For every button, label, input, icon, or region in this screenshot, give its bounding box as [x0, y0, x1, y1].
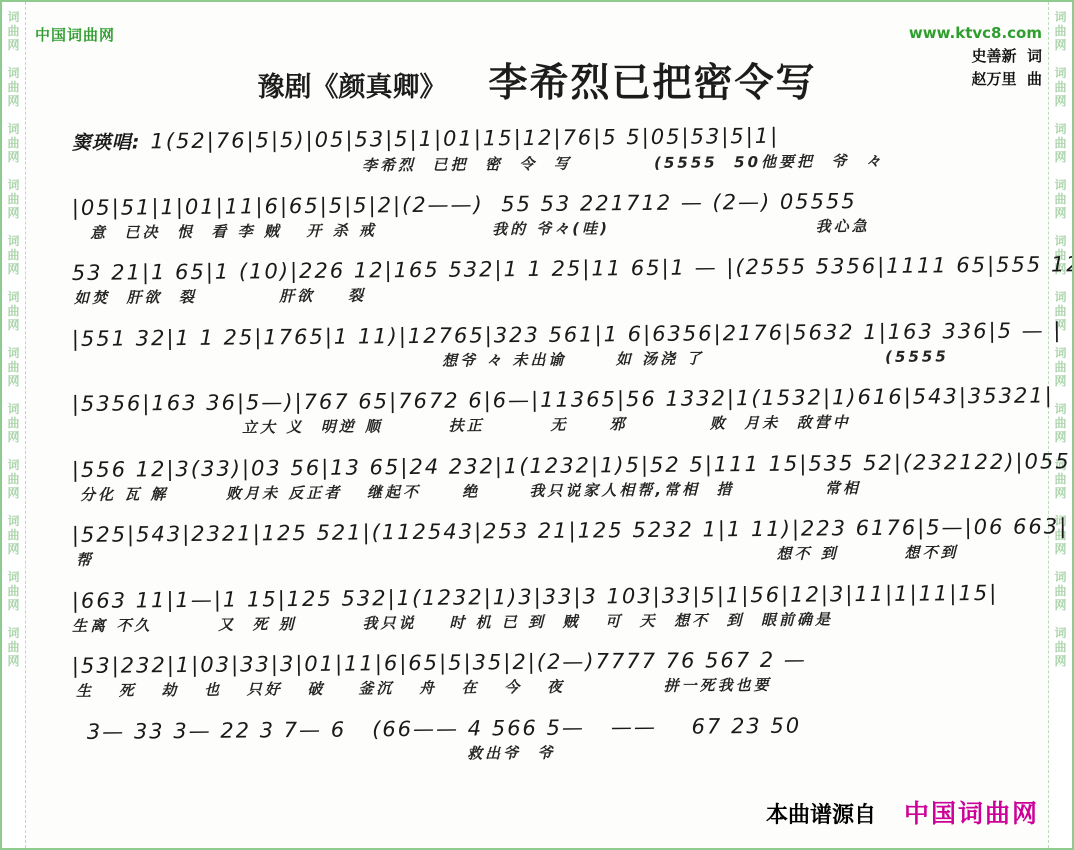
watermark-column-right: 词 曲 网 词 曲 网 词 曲 网 词 曲 网 词 曲 网 词 曲 网 词 曲 …	[1048, 2, 1072, 848]
opera-title: 豫剧《颜真卿》	[257, 72, 446, 103]
title-row: 豫剧《颜真卿》李希烈已把密令写	[27, 52, 1047, 108]
page-content: 中国词曲网 www.ktvc8.com 史善新 词 赵万里 曲 豫剧《颜真卿》李…	[27, 2, 1047, 848]
footer: 本曲谱源自中国词曲网	[766, 794, 1039, 830]
score-system: 3— 33 3— 22 3 7— 6 (66—— 4 566 5— —— 67 …	[72, 708, 1038, 782]
watermark-column-left: 词 曲 网 词 曲 网 词 曲 网 词 曲 网 词 曲 网 词 曲 网 词 曲 …	[2, 2, 26, 848]
sheet-music-page: 词 曲 网 词 曲 网 词 曲 网 词 曲 网 词 曲 网 词 曲 网 词 曲 …	[0, 0, 1074, 850]
score-system: 53 21|1 65|1 (10)|226 12|165 532|1 1 25|…	[72, 250, 1038, 324]
footer-brand-link[interactable]: 中国词曲网	[904, 799, 1039, 828]
score-system: |525|543|2321|125 521|(112543|253 21|125…	[72, 512, 1038, 586]
main-title: 李希烈已把密令写	[488, 61, 816, 106]
site-url-link[interactable]: www.ktvc8.com	[909, 22, 1042, 45]
score-system: |53|232|1|03|33|3|01|11|6|65|5|35|2|(2—)…	[72, 643, 1038, 717]
score-system: 窦瑛唱:1(52|76|5|5)|05|53|5|1|01|15|12|76|5…	[72, 119, 1038, 193]
site-name-link[interactable]: 中国词曲网	[35, 24, 115, 45]
score-area: 窦瑛唱:1(52|76|5|5)|05|53|5|1|01|15|12|76|5…	[72, 127, 1037, 782]
score-system: |556 12|3(33)|03 56|13 65|24 232|1(1232|…	[72, 446, 1038, 520]
singer-label: 窦瑛唱:	[72, 131, 141, 154]
score-system: |5356|163 36|5—)|767 65|7672 6|6—|11365|…	[72, 381, 1038, 455]
score-system: |551 32|1 1 25|1765|1 11)|12765|323 561|…	[72, 315, 1038, 389]
footer-source-text: 本曲谱源自	[766, 803, 876, 828]
notation-text: 1(52|76|5|5)|05|53|5|1|01|15|12|76|5 5|0…	[150, 124, 779, 153]
score-system: |05|51|1|01|11|6|65|5|5|2|(2——) 55 53 22…	[72, 184, 1038, 258]
score-system: |663 11|1—|1 15|125 532|1(1232|1)3|33|3 …	[72, 577, 1038, 651]
